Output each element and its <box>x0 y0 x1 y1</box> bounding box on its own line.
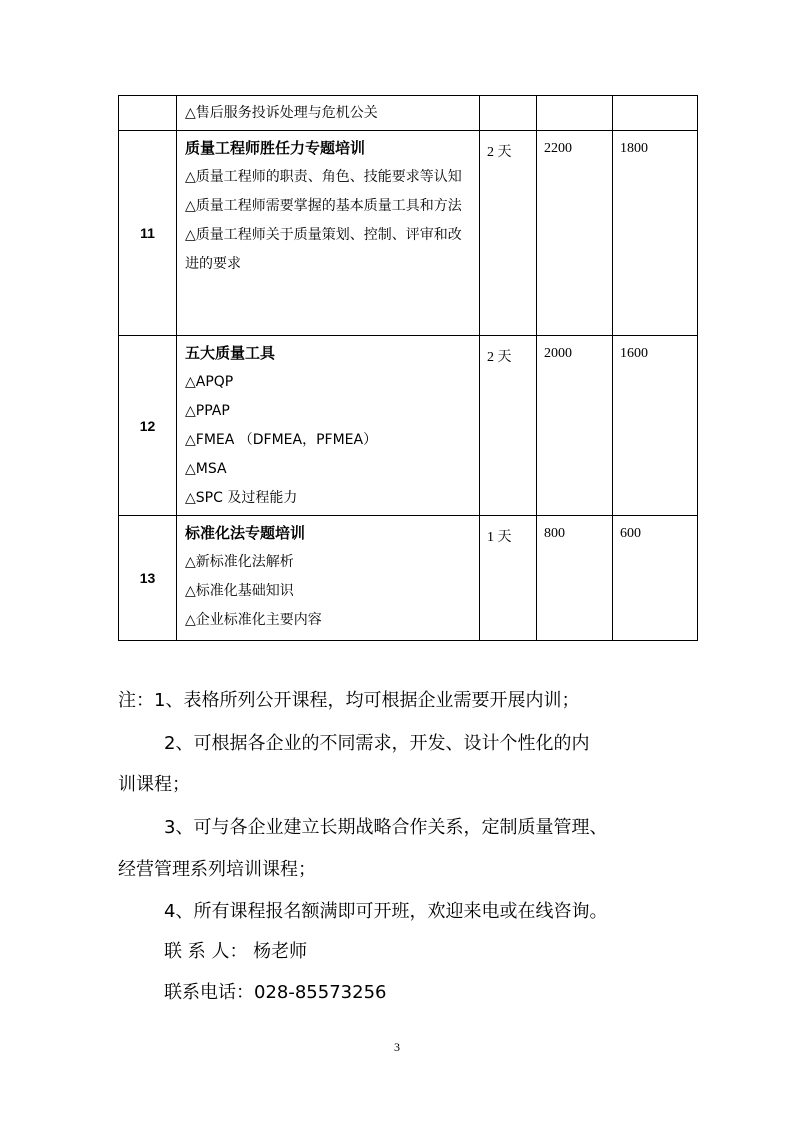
course-title: 质量工程师胜任力专题培训 <box>185 134 473 163</box>
note-line-2b: 训课程； <box>118 765 190 805</box>
table-row: 12五大质量工具△APQP△PPAP△FMEA （DFMEA，PFMEA）△MS… <box>119 336 698 516</box>
course-member-price: 600 <box>613 516 698 641</box>
page-number: 3 <box>0 1040 794 1055</box>
course-topic: △售后服务投诉处理与危机公关 <box>185 99 473 128</box>
course-member-price: 1600 <box>613 336 698 516</box>
course-content: 标准化法专题培训△新标准化法解析△标准化基础知识△企业标准化主要内容 <box>177 516 480 641</box>
course-number: 13 <box>119 516 177 641</box>
course-topic: △质量工程师需要掌握的基本质量工具和方法 <box>185 192 473 221</box>
course-table: △售后服务投诉处理与危机公关11质量工程师胜任力专题培训△质量工程师的职责、角色… <box>118 95 698 641</box>
note-line-2a: 2、可根据各企业的不同需求，开发、设计个性化的内 <box>164 724 589 764</box>
course-topic: △FMEA （DFMEA，PFMEA） <box>185 426 473 455</box>
course-number: 12 <box>119 336 177 516</box>
table-row: 11质量工程师胜任力专题培训△质量工程师的职责、角色、技能要求等认知△质量工程师… <box>119 131 698 336</box>
course-price: 800 <box>537 516 613 641</box>
course-content: △售后服务投诉处理与危机公关 <box>177 96 480 131</box>
course-price: 2000 <box>537 336 613 516</box>
course-topic: △MSA <box>185 455 473 484</box>
course-title: 标准化法专题培训 <box>185 519 473 548</box>
course-topic: △质量工程师的职责、角色、技能要求等认知 <box>185 163 473 192</box>
course-days: 1 天 <box>480 516 537 641</box>
course-topic: △SPC 及过程能力 <box>185 484 473 513</box>
course-days <box>480 96 537 131</box>
course-days: 2 天 <box>480 131 537 336</box>
course-topic: △企业标准化主要内容 <box>185 606 473 635</box>
course-number <box>119 96 177 131</box>
course-number: 11 <box>119 131 177 336</box>
contact-phone: 联系电话：028-85573256 <box>164 973 386 1013</box>
table-row: △售后服务投诉处理与危机公关 <box>119 96 698 131</box>
note-line-3a: 3、可与各企业建立长期战略合作关系，定制质量管理、 <box>164 808 607 848</box>
table-row: 13标准化法专题培训△新标准化法解析△标准化基础知识△企业标准化主要内容1 天8… <box>119 516 698 641</box>
course-topic: △新标准化法解析 <box>185 548 473 577</box>
course-title: 五大质量工具 <box>185 339 473 368</box>
course-topic: △标准化基础知识 <box>185 577 473 606</box>
course-topic: △APQP <box>185 368 473 397</box>
contact-person: 联 系 人： 杨老师 <box>164 932 307 972</box>
course-days: 2 天 <box>480 336 537 516</box>
note-line-1: 注：1、表格所列公开课程，均可根据企业需要开展内训； <box>118 681 579 721</box>
note-line-4: 4、所有课程报名额满即可开班，欢迎来电或在线咨询。 <box>164 892 607 932</box>
course-price: 2200 <box>537 131 613 336</box>
course-topic: △PPAP <box>185 397 473 426</box>
course-price <box>537 96 613 131</box>
course-member-price: 1800 <box>613 131 698 336</box>
note-line-3b: 经营管理系列培训课程； <box>118 850 316 890</box>
course-member-price <box>613 96 698 131</box>
course-content: 质量工程师胜任力专题培训△质量工程师的职责、角色、技能要求等认知△质量工程师需要… <box>177 131 480 336</box>
course-topic: △质量工程师关于质量策划、控制、评审和改进的要求 <box>185 221 473 279</box>
course-content: 五大质量工具△APQP△PPAP△FMEA （DFMEA，PFMEA）△MSA△… <box>177 336 480 516</box>
